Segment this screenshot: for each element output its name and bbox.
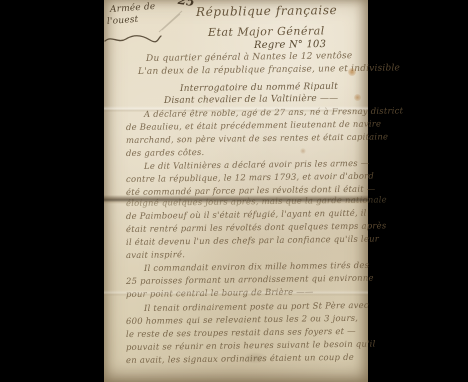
body-line: en avait, les signaux ordinaires étaient… [126,353,354,366]
body-line: de Beaulieu, et était précédemment lieut… [126,119,381,133]
foxing-spot [348,68,356,76]
subject-line-2: Disant chevalier de la Valtinière —— [164,94,338,106]
pencil-scribble-icon [156,8,186,34]
dateline-2: L'an deux de la république française, un… [138,63,400,77]
subject-line-1: Interrogatoire du nommé Ripault [180,82,338,94]
body-line: contre la république, le 12 mars 1793, e… [126,172,374,185]
ink-smudge [242,352,268,364]
body-line: était rentré parmi les révoltés dont que… [126,221,387,235]
dateline-1: Du quartier général à Nantes le 12 ventô… [146,51,352,64]
body-line: avait inspiré. [126,250,185,261]
body-line: pouvait se réunir en trois heures suivan… [126,340,376,353]
body-line: de Paimboeuf où il s'était réfugié, l'ay… [126,209,367,222]
fold-crease-main [104,195,368,204]
body-line: 25 paroisses formant un arrondissement q… [126,274,374,287]
body-line: des gardes côtes. [126,148,205,159]
fold-crease-faint [104,106,368,112]
body-line: 600 hommes qui se relevaient tous les 2 … [126,314,358,327]
armee-annotation-line1: Armée de [110,2,156,15]
body-line: Il commandait environ dix mille hommes t… [144,261,369,274]
header-subtitle: Etat Major Général [208,24,325,39]
foxing-spot [300,148,306,154]
fold-crease-faint [104,290,368,296]
document-number: Regre N° 103 [254,39,326,51]
body-line: le reste de ses troupes restait dans ses… [126,327,356,340]
flourish-underline-icon [104,32,162,46]
manuscript-paper: Armée de l'ouest 25 République française… [104,0,368,382]
body-line: Le dit Valtinières a déclaré avoir pris … [144,159,370,172]
armee-annotation-line2: l'ouest [107,15,139,27]
body-line: marchand, son père vivant de ses rentes … [126,132,388,146]
photo-canvas: { "photo": { "background_color": "#00000… [0,0,468,382]
body-line: Il tenait ordinairement poste au port St… [144,301,369,314]
foxing-spot [354,94,361,101]
header-title: République française [196,3,337,19]
body-line: il était devenu l'un des chefs par la co… [126,234,379,248]
